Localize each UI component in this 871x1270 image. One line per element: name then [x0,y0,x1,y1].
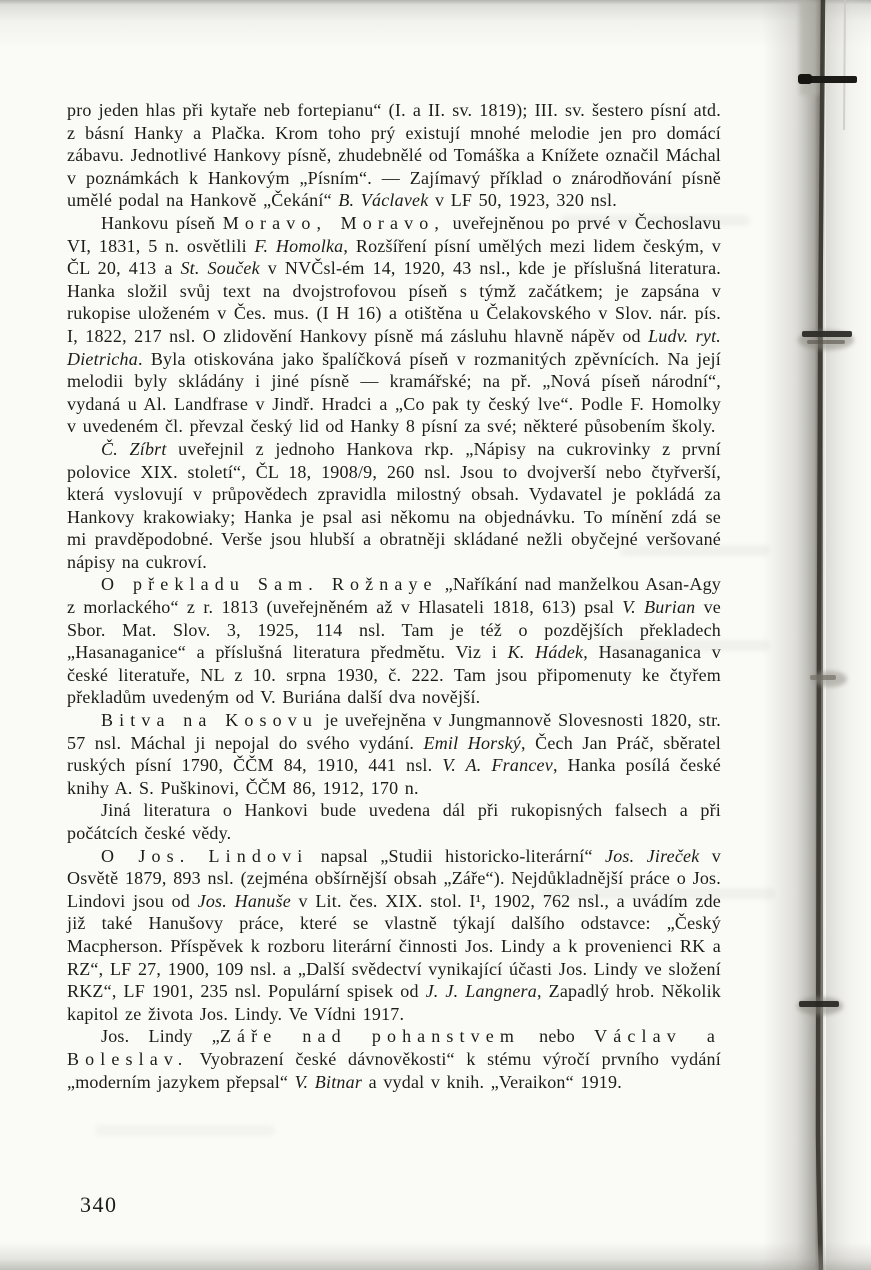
text-segment: O překladu Sam. Rožnaye [101,574,438,594]
text-segment: a vydal v knih. „Veraikon“ 1919. [362,1072,622,1092]
text-segment: napsal „Studii historicko-literární“ [308,846,605,866]
binding-stitch-upper [798,330,854,350]
paragraph: O překladu Sam. Rožnaye „Naříkání nad ma… [67,573,721,709]
text-segment: K. Hádek [508,642,584,662]
paragraph: pro jeden hlas při kytaře neb fortepianu… [67,99,721,212]
text-segment: O Jos. Lindovi [101,846,308,866]
book-page-scan: pro jeden hlas při kytaře neb fortepianu… [0,0,871,1270]
gutter-line-blur [818,0,823,1270]
paragraph: Č. Zíbrt uveřejnil z jednoho Hankova rkp… [67,438,721,574]
book-binding [760,0,871,1270]
paragraph: O Jos. Lindovi napsal „Studii historicko… [67,845,721,1026]
text-segment: V. Bitnar [295,1072,362,1092]
paragraph: Jos. Lindy „Záře nad pohanstvem nebo Vác… [67,1025,721,1093]
page-number: 340 [80,1192,118,1218]
text-segment: Bitva na Kosovu [101,710,318,730]
text-segment: nebo [520,1026,594,1046]
text-segment: Hankovu píseň [101,213,223,233]
text-segment: Emil Horský [424,733,522,753]
text-segment: Č. Zíbrt [101,439,167,459]
text-segment: Jos. Lindy „ [101,1026,220,1046]
paragraph: Jiná literatura o Hankovi bude uvedena d… [67,799,721,844]
paragraph: Bitva na Kosovu je uveřejněna v Jungmann… [67,709,721,799]
text-segment: B. Václavek [338,190,428,210]
text-segment: . Byla otiskována jako špalíčková píseň … [67,349,721,437]
text-segment: St. Souček [180,258,259,278]
paragraph: Hankovu píseň Moravo, Moravo, uveřejněno… [67,212,721,438]
text-segment: V. A. Francev [442,755,553,775]
text-segment: J. J. Langnera [426,981,537,1001]
next-page-edge [826,0,871,1270]
text-segment: v LF 50, 1923, 320 nsl. [428,190,617,210]
show-through-artifact [95,1125,275,1136]
text-segment: Jos. Hanuše [198,891,291,911]
scan-top-edge-shadow [0,0,871,48]
crease-line [844,0,845,130]
text-segment: Moravo, Moravo, [223,213,445,233]
page-text: pro jeden hlas při kytaře neb fortepianu… [67,99,721,1093]
binding-stitch-lower [797,997,843,1015]
scan-bottom-edge-shadow [0,1242,871,1270]
text-segment: F. Homolka [255,236,344,256]
text-segment: Jos. Jireček [605,846,699,866]
text-segment: Záře nad pohanstvem [220,1026,520,1046]
text-segment: Jiná literatura o Hankovi bude uvedena d… [67,800,721,843]
text-segment: V. Burian [622,597,695,617]
